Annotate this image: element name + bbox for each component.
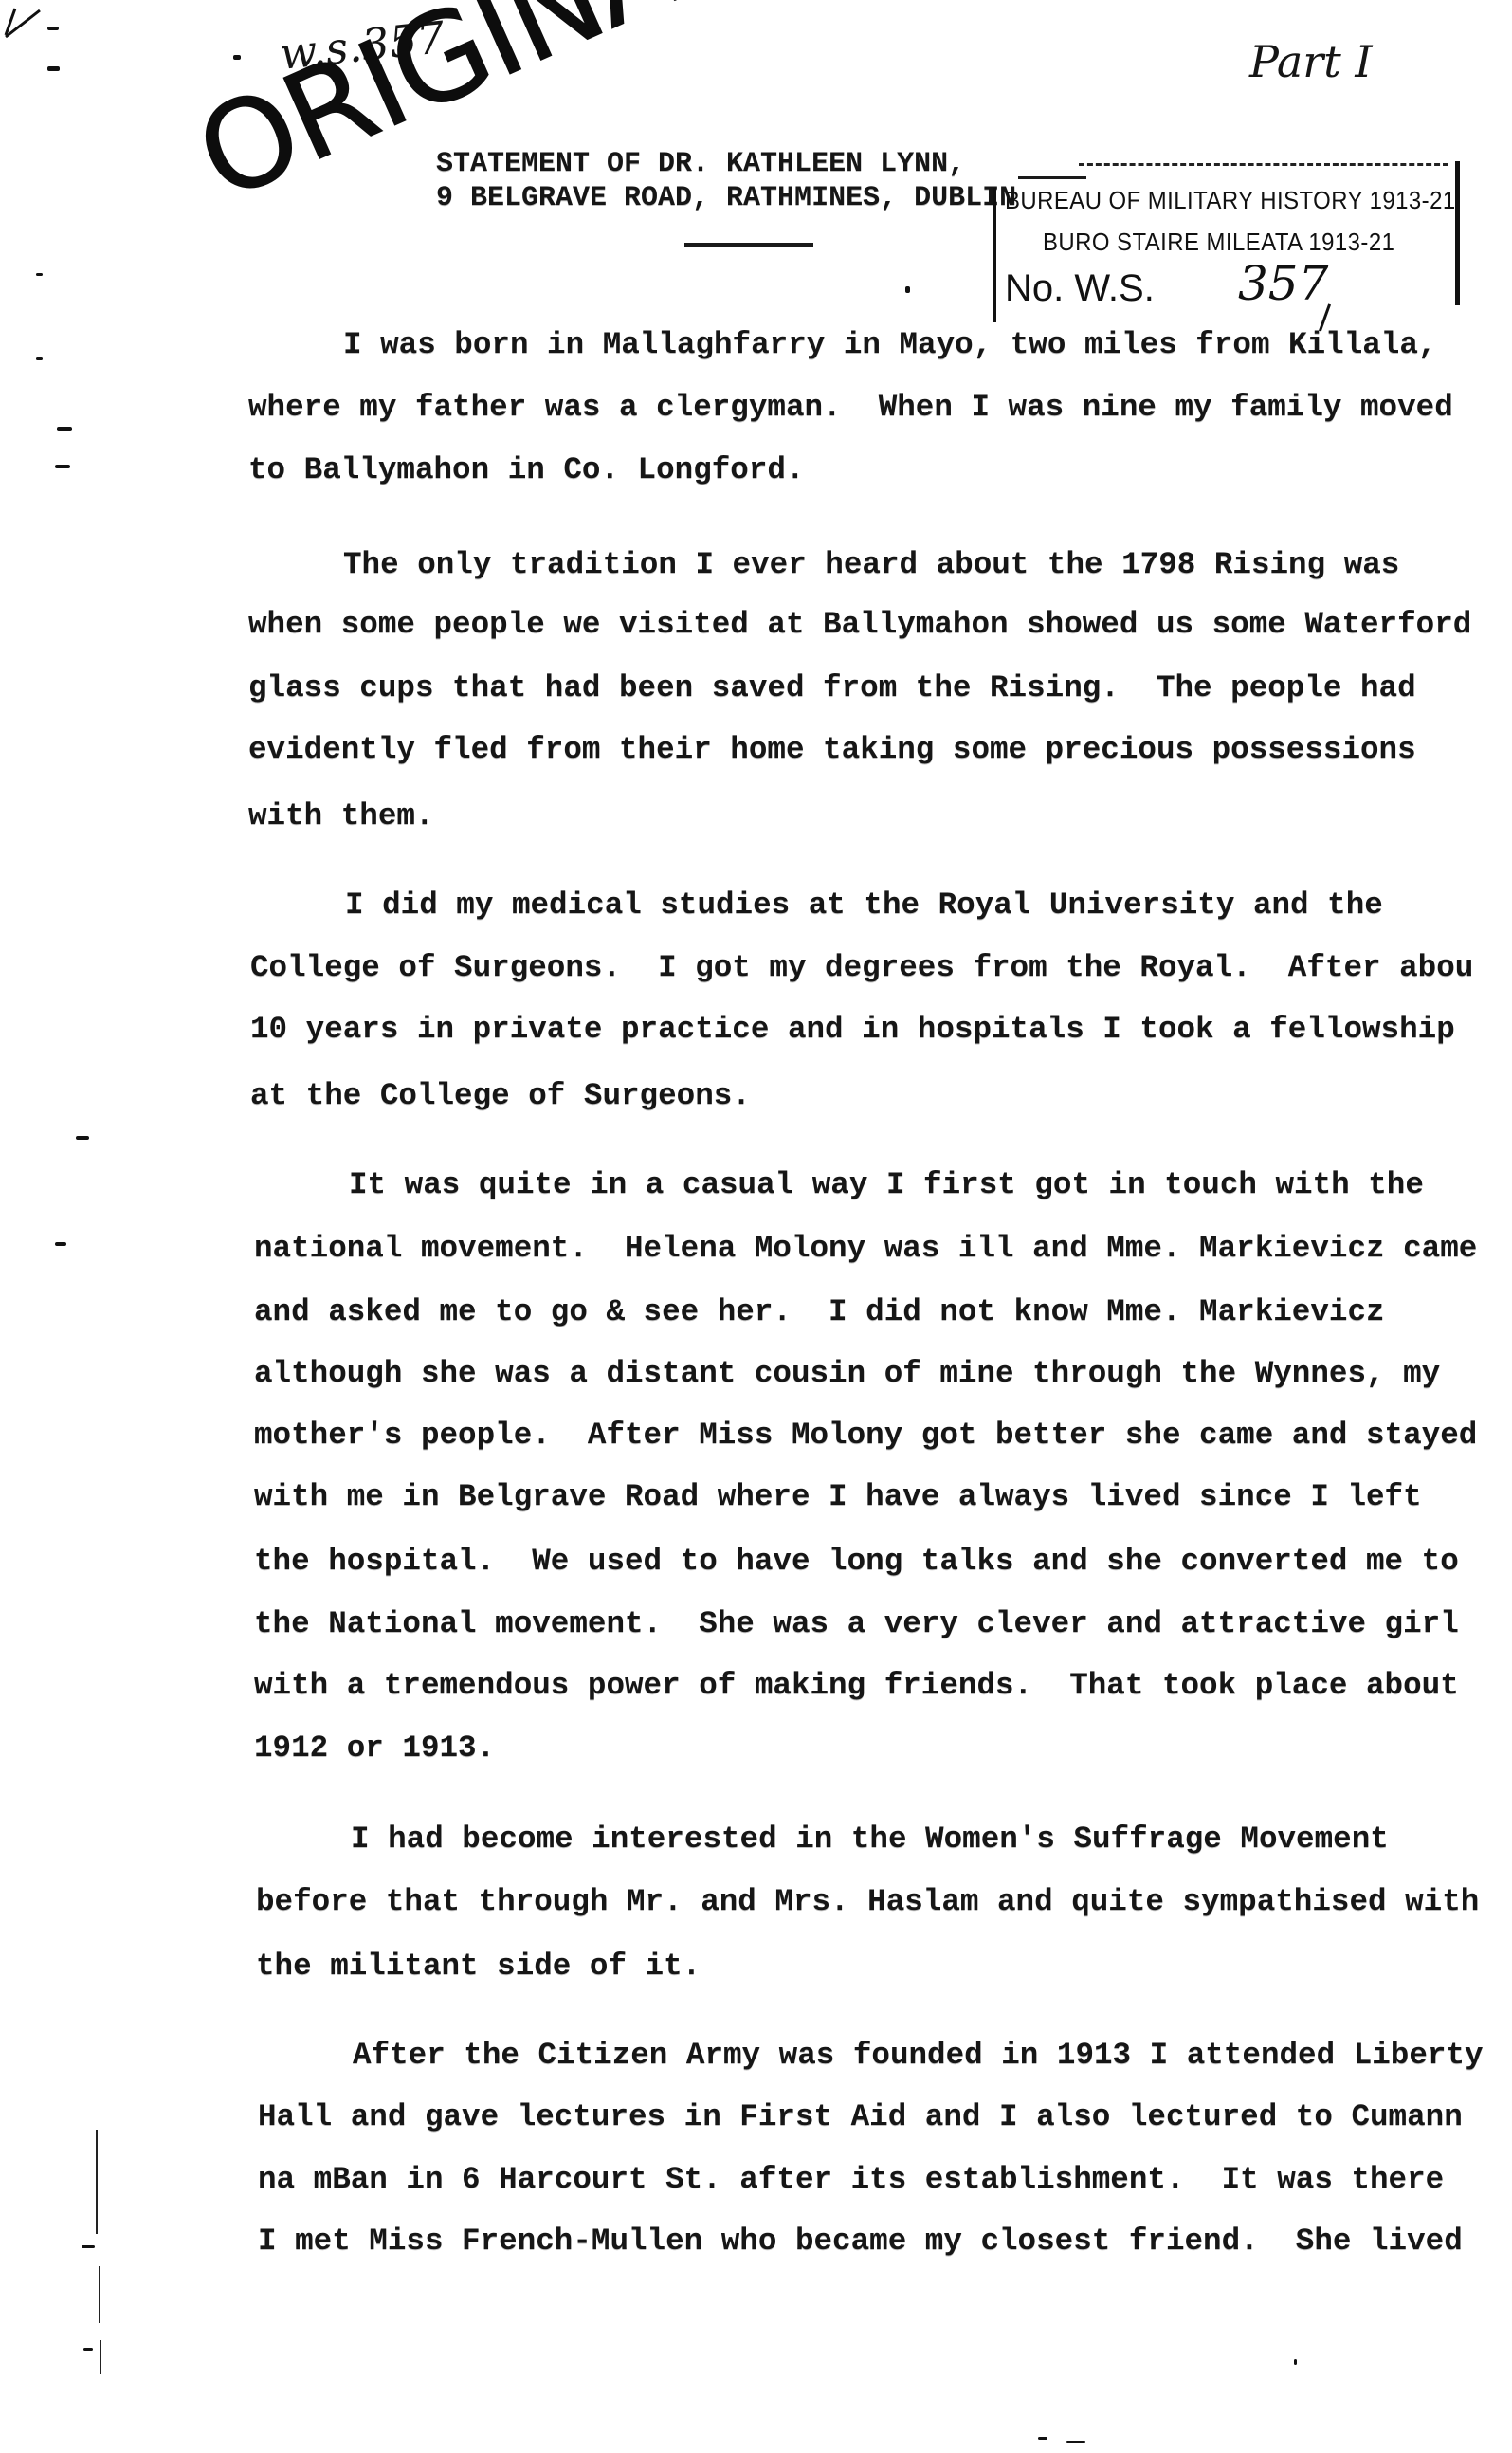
margin-vertical-line xyxy=(100,2340,101,2374)
body-line: mother's people. After Miss Molony got b… xyxy=(254,1420,1477,1452)
stamp-ws-number: 357 xyxy=(1238,256,1328,311)
body-line: I did my medical studies at the Royal Un… xyxy=(345,890,1383,922)
body-line: to Ballymahon in Co. Longford. xyxy=(248,455,805,486)
document-page: w.s.357 ORIGINAL Part I STATEMENT OF DR.… xyxy=(0,0,1512,2453)
bureau-stamp: BUREAU OF MILITARY HISTORY 1913-21 BURO … xyxy=(993,161,1460,320)
title-underline xyxy=(684,243,813,247)
stamp-ws-label: No. W.S. xyxy=(1005,267,1155,310)
margin-vertical-line xyxy=(99,2266,100,2323)
body-line: the hospital. We used to have long talks… xyxy=(254,1547,1459,1578)
body-line: I met Miss French-Mullen who became my c… xyxy=(258,2226,1463,2258)
stamp-irish-line: BURO STAIRE MILEATA 1913-21 xyxy=(1043,228,1394,257)
stray-mark xyxy=(905,286,910,293)
margin-vertical-line xyxy=(96,2130,98,2234)
footer-mark xyxy=(1038,2437,1047,2440)
margin-dot xyxy=(233,55,241,60)
body-line: before that through Mr. and Mrs. Haslam … xyxy=(256,1887,1479,1918)
margin-check-mark-icon xyxy=(2,5,59,43)
stamp-left-border xyxy=(993,188,996,322)
body-line: where my father was a clergyman. When I … xyxy=(248,393,1453,424)
stamp-top-border xyxy=(1079,163,1448,166)
margin-dot xyxy=(76,1136,89,1140)
margin-dot xyxy=(36,357,43,360)
statement-title: STATEMENT OF DR. KATHLEEN LYNN, xyxy=(436,150,965,178)
body-line: I was born in Mallaghfarry in Mayo, two … xyxy=(343,330,1436,361)
margin-dot xyxy=(83,2348,93,2351)
body-line: I had become interested in the Women's S… xyxy=(351,1824,1389,1856)
body-line: Hall and gave lectures in First Aid and … xyxy=(258,2102,1463,2133)
stamp-bureau-line: BUREAU OF MILITARY HISTORY 1913-21 xyxy=(1005,186,1456,215)
statement-address: 9 BELGRAVE ROAD, RATHMINES, DUBLIN xyxy=(436,184,1016,212)
body-line: It was quite in a casual way I first got… xyxy=(349,1170,1424,1201)
part-label: Part I xyxy=(1249,36,1373,87)
body-line: when some people we visited at Ballymaho… xyxy=(248,610,1471,641)
body-line: evidently fled from their home taking so… xyxy=(248,735,1416,766)
body-line: the militant side of it. xyxy=(256,1951,701,1983)
body-line: with a tremendous power of making friend… xyxy=(254,1671,1459,1702)
body-line: with them. xyxy=(248,801,434,833)
stamp-right-border xyxy=(1455,161,1460,305)
body-line: the National movement. She was a very cl… xyxy=(254,1609,1459,1640)
margin-dot xyxy=(55,1242,66,1246)
body-line: at the College of Surgeons. xyxy=(250,1081,751,1112)
body-line: glass cups that had been saved from the … xyxy=(248,673,1416,705)
margin-dot xyxy=(57,427,72,431)
body-line: 10 years in private practice and in hosp… xyxy=(250,1015,1455,1046)
body-line: with me in Belgrave Road where I have al… xyxy=(254,1482,1422,1513)
body-line: and asked me to go & see her. I did not … xyxy=(254,1297,1385,1328)
margin-dot xyxy=(47,27,59,30)
body-line: national movement. Helena Molony was ill… xyxy=(254,1234,1477,1265)
body-line: College of Surgeons. I got my degrees fr… xyxy=(250,953,1473,984)
body-line: After the Citizen Army was founded in 19… xyxy=(353,2041,1484,2072)
margin-dot xyxy=(47,66,60,71)
margin-dot xyxy=(36,273,43,276)
body-line: na mBan in 6 Harcourt St. after its esta… xyxy=(258,2165,1444,2196)
margin-dot xyxy=(55,465,70,468)
body-line: 1912 or 1913. xyxy=(254,1733,495,1765)
body-line: although she was a distant cousin of min… xyxy=(254,1359,1440,1390)
body-line: The only tradition I ever heard about th… xyxy=(343,550,1399,581)
footer-mark xyxy=(1066,2441,1085,2443)
margin-dot xyxy=(82,2245,95,2248)
stray-mark xyxy=(1294,2359,1297,2365)
